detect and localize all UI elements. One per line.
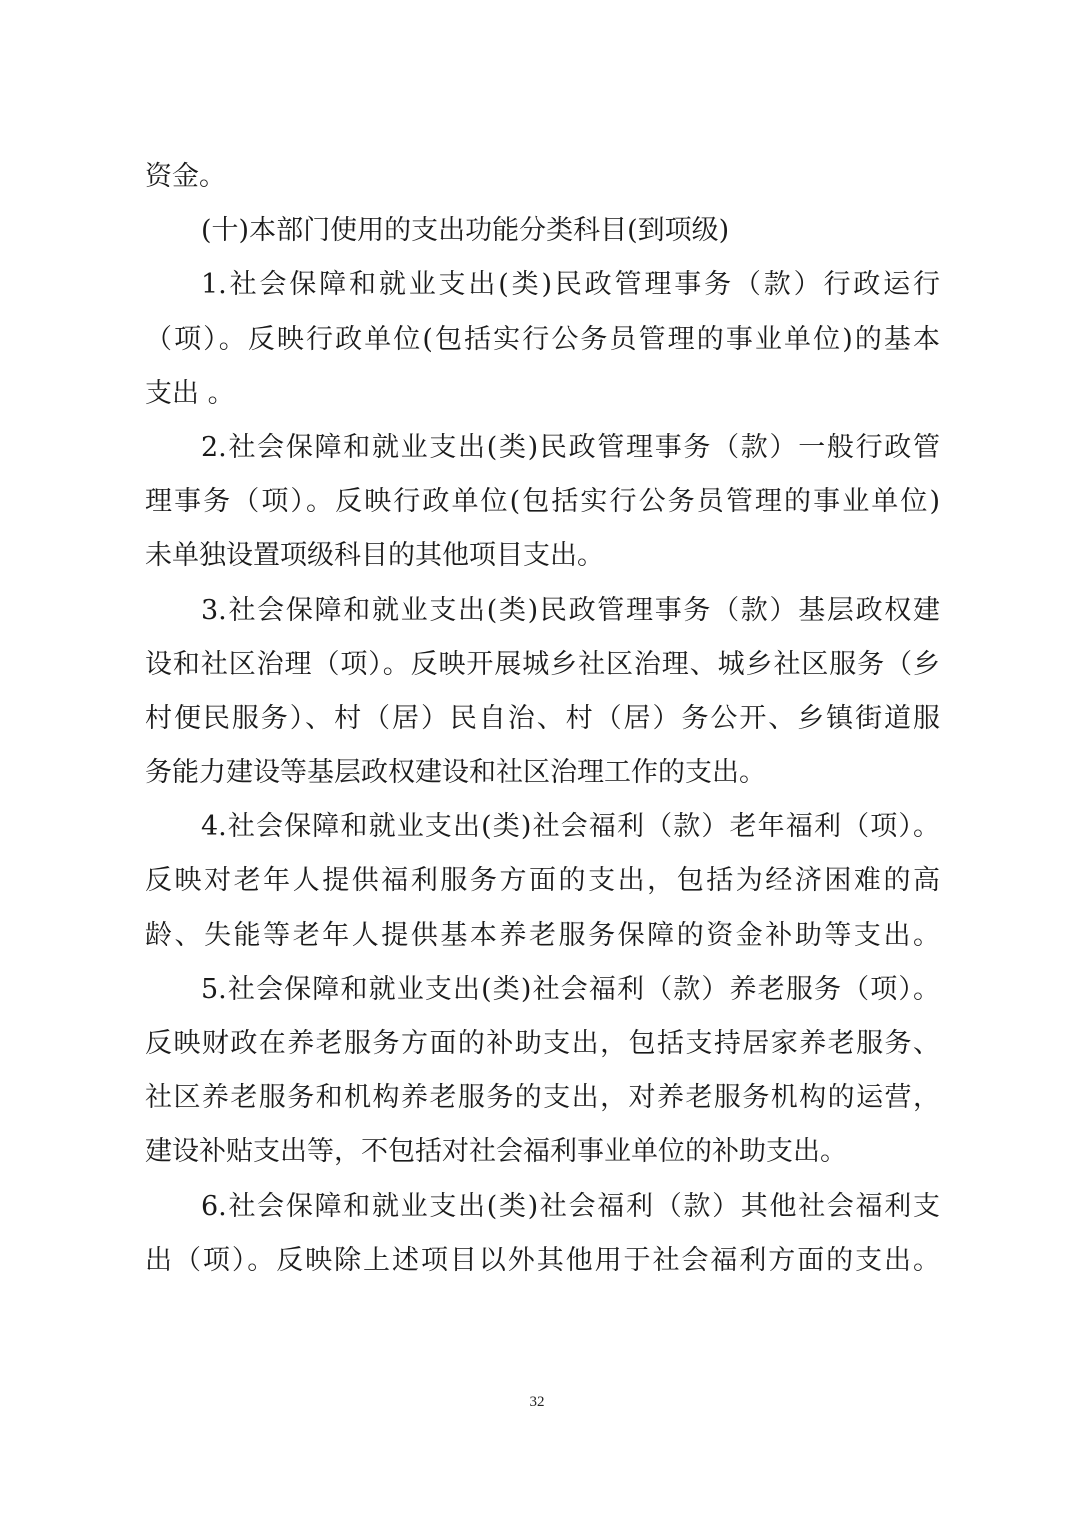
text-line: 3.社会保障和就业支出(类)民政管理事务（款）基层政权建 <box>145 584 940 638</box>
text-line: 资金。 <box>145 150 940 204</box>
text-line: 村便民服务）、村（居）民自治、村（居）务公开、乡镇街道服 <box>145 692 940 746</box>
text-line: 设和社区治理（项）。反映开展城乡社区治理、城乡社区服务（乡 <box>145 638 940 692</box>
text-line: 1.社会保障和就业支出(类)民政管理事务（款）行政运行 <box>145 258 940 312</box>
text-line: 理事务（项）。反映行政单位(包括实行公务员管理的事业单位) <box>145 475 940 529</box>
text-line: 支出 。 <box>145 367 940 421</box>
section-heading: (十)本部门使用的支出功能分类科目(到项级) <box>145 204 940 258</box>
page-number: 32 <box>0 1394 1074 1411</box>
text-line: 未单独设置项级科目的其他项目支出。 <box>145 529 940 583</box>
text-line: 建设补贴支出等，不包括对社会福利事业单位的补助支出。 <box>145 1125 940 1179</box>
text-line: 5.社会保障和就业支出(类)社会福利（款）养老服务（项）。 <box>145 963 940 1017</box>
text-line: 6.社会保障和就业支出(类)社会福利（款）其他社会福利支 <box>145 1180 940 1234</box>
text-line: 2.社会保障和就业支出(类)民政管理事务（款）一般行政管 <box>145 421 940 475</box>
text-line: 务能力建设等基层政权建设和社区治理工作的支出。 <box>145 746 940 800</box>
text-line: 龄、失能等老年人提供基本养老服务保障的资金补助等支出。 <box>145 909 940 963</box>
document-page: 资金。 (十)本部门使用的支出功能分类科目(到项级) 1.社会保障和就业支出(类… <box>0 0 1074 1520</box>
text-line: 出（项）。反映除上述项目以外其他用于社会福利方面的支出。 <box>145 1234 940 1288</box>
text-line: 4.社会保障和就业支出(类)社会福利（款）老年福利（项）。 <box>145 800 940 854</box>
text-line: 反映财政在养老服务方面的补助支出，包括支持居家养老服务、 <box>145 1017 940 1071</box>
text-line: 反映对老年人提供福利服务方面的支出，包括为经济困难的高 <box>145 854 940 908</box>
body-text: 资金。 (十)本部门使用的支出功能分类科目(到项级) 1.社会保障和就业支出(类… <box>145 150 945 1288</box>
text-line: 社区养老服务和机构养老服务的支出，对养老服务机构的运营， <box>145 1071 940 1125</box>
text-line: （项）。反映行政单位(包括实行公务员管理的事业单位)的基本 <box>145 313 940 367</box>
